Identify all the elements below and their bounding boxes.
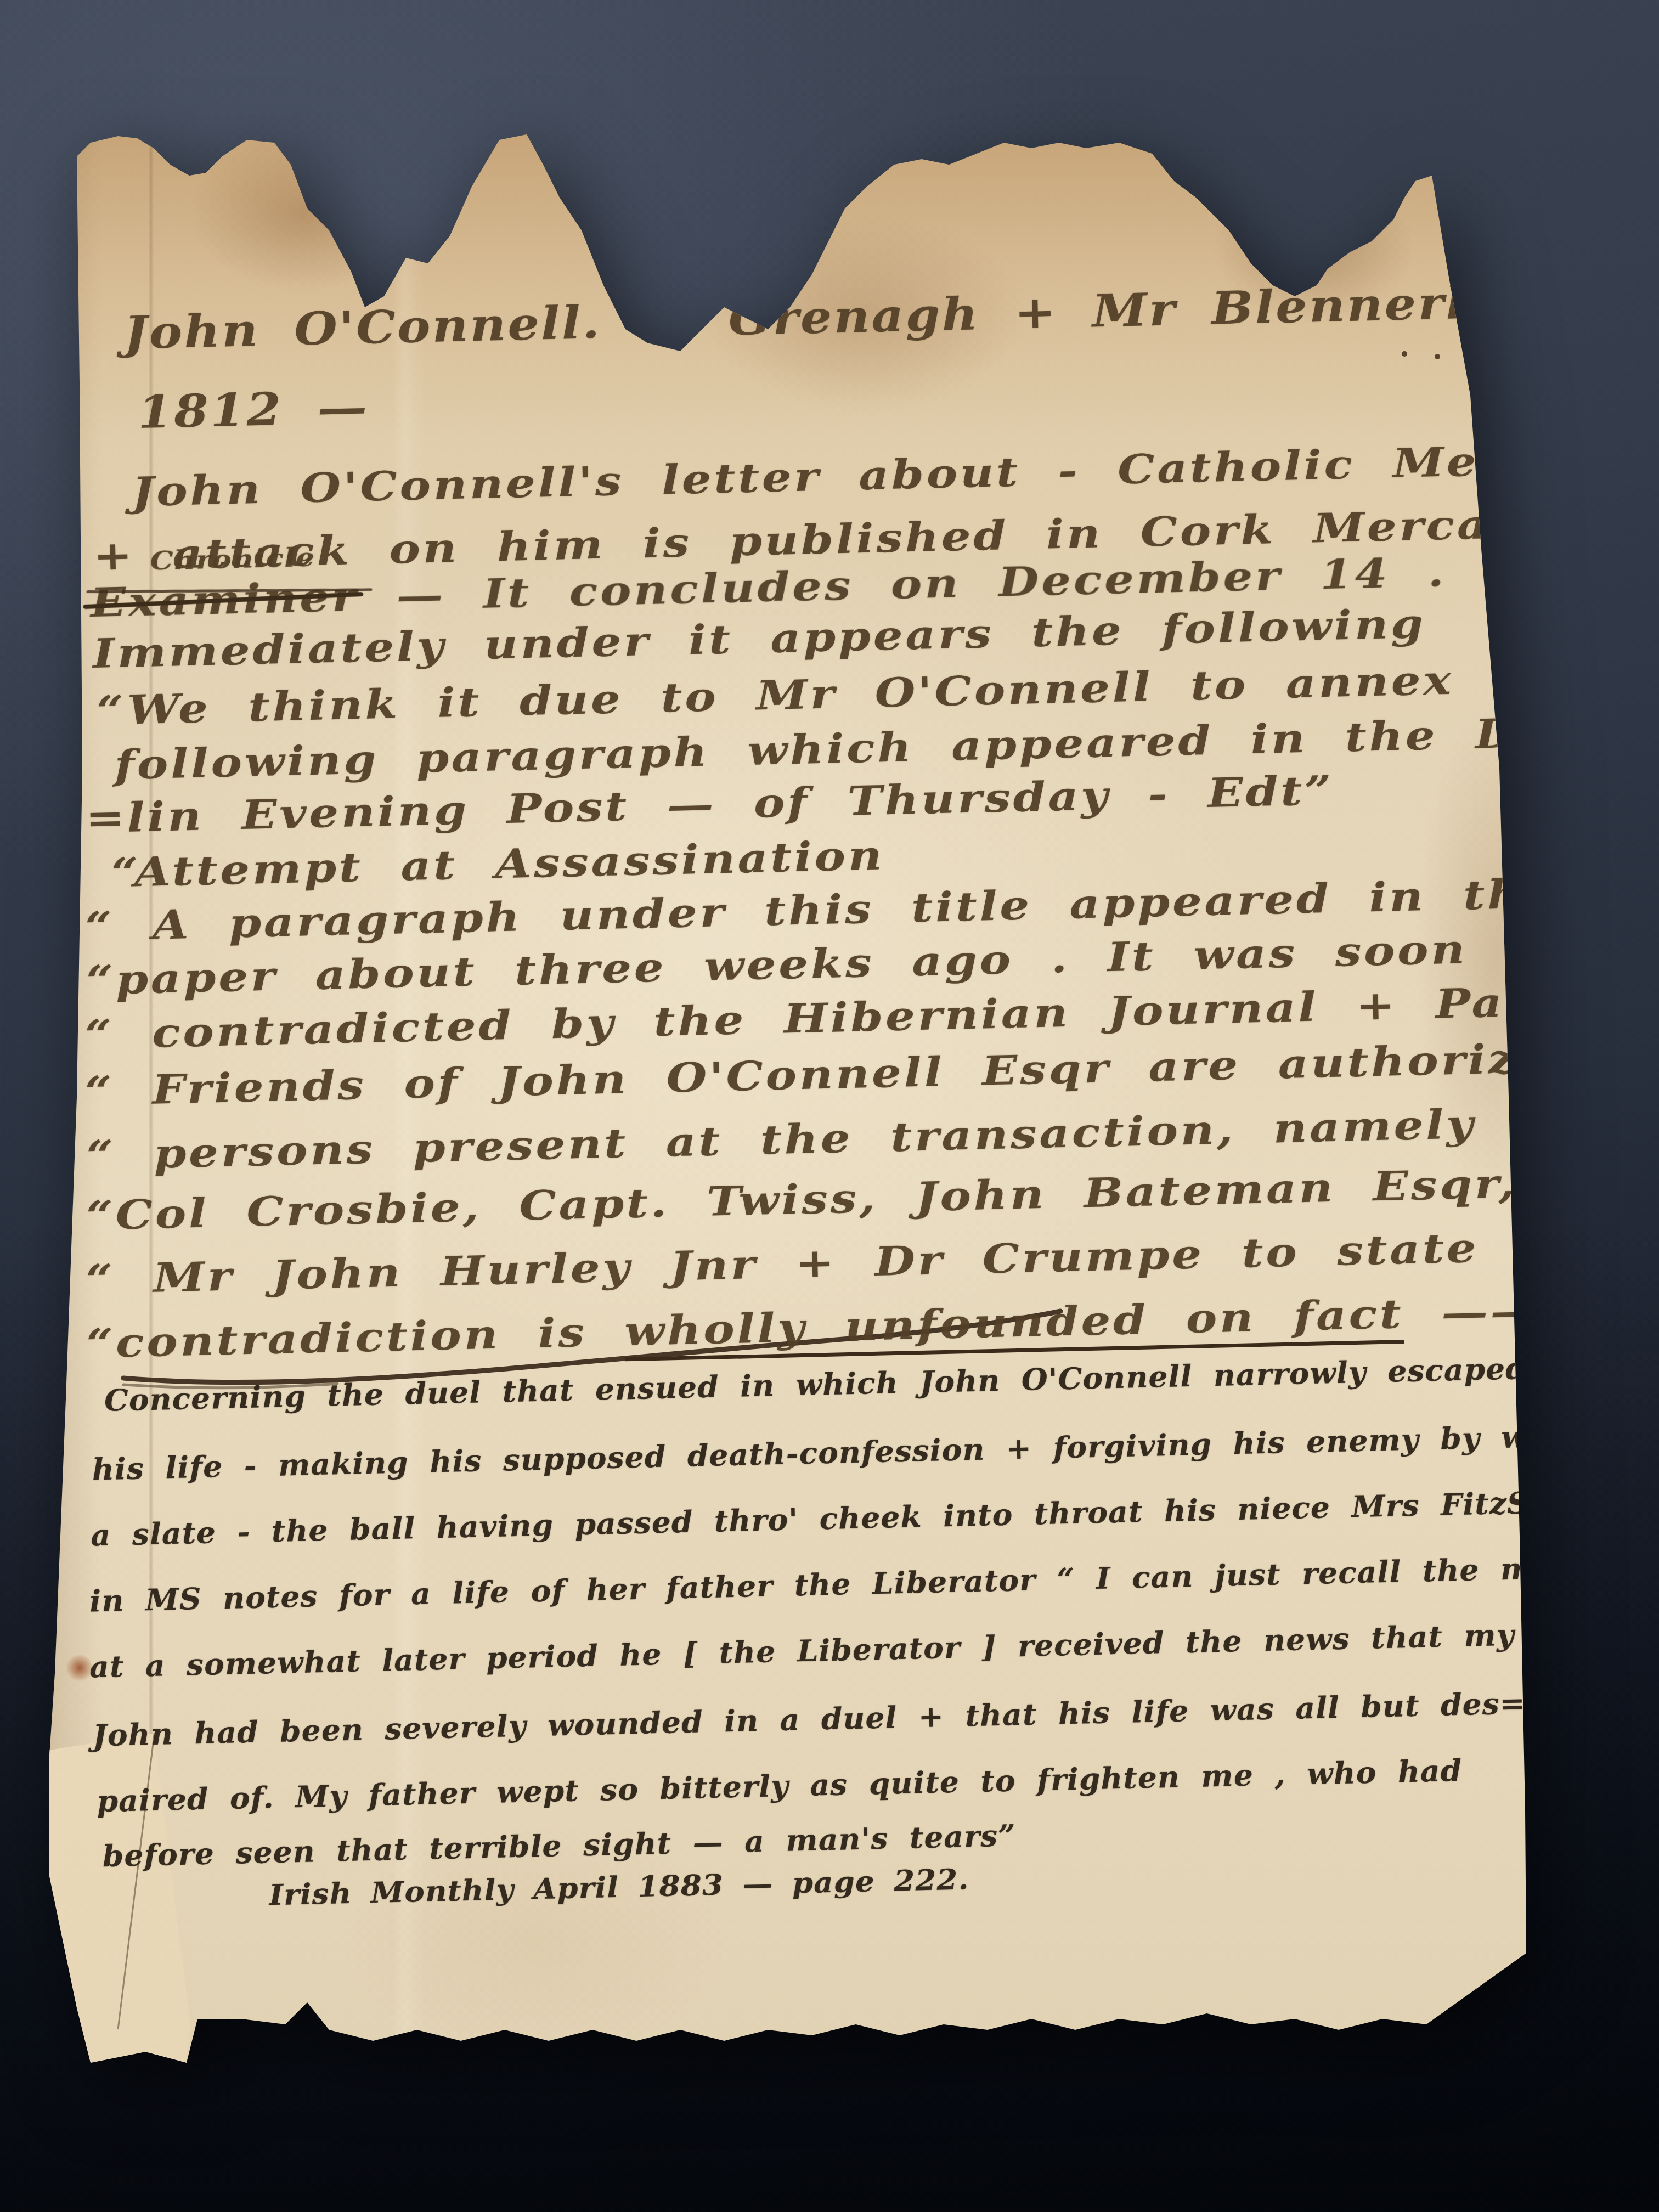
torn-manuscript-page: John O'Connell. of Grenagh + Mr Blennerh… (41, 132, 1531, 2068)
handwritten-line: “Attempt at Assassination (111, 832, 885, 896)
handwritten-line: in MS notes for a life of her father the… (89, 1544, 1659, 1619)
inserted-word: Chronicle (150, 543, 315, 576)
photo-of-manuscript: John O'Connell. of Grenagh + Mr Blennerh… (0, 0, 1659, 2212)
handwritten-line: John O'Connell. of Grenagh + Mr Blennerh… (123, 272, 1659, 359)
line-text: paired of. My father wept so bitterly as… (97, 1753, 1463, 1819)
line-text: Irish Monthly April 1883 — page 222. (269, 1863, 969, 1912)
paper-shadow: John O'Connell. of Grenagh + Mr Blennerh… (41, 132, 1531, 2068)
handwritten-line: a slate - the ball having passed thro' c… (91, 1480, 1659, 1553)
manuscript-text: John O'Connell. of Grenagh + Mr Blennerh… (37, 99, 1570, 2069)
line-text: a slate - the ball having passed thro' c… (91, 1480, 1659, 1553)
line-text: his life - making his supposed death-con… (92, 1415, 1659, 1487)
line-text: at a somewhat later period he [ the Libe… (89, 1615, 1636, 1685)
handwritten-line: Irish Monthly April 1883 — page 222. (269, 1863, 969, 1912)
handwritten-line: his life - making his supposed death-con… (92, 1415, 1659, 1487)
line-text: in MS notes for a life of her father the… (89, 1544, 1659, 1619)
underlined-phrase: wholly unfounded on fact (624, 1290, 1404, 1361)
line-text: John O'Connell. of Grenagh + Mr Blennerh… (123, 272, 1659, 359)
line-text: “contradiction is (86, 1308, 625, 1367)
line-text: “Attempt at Assassination (111, 832, 885, 896)
handwritten-line: John had been severely wounded in a duel… (92, 1685, 1526, 1753)
line-text: —— (1403, 1287, 1539, 1338)
handwritten-line: 1812 — (137, 381, 369, 439)
line-text: 1812 — (137, 381, 369, 439)
struck-out-word: Examiner (90, 573, 359, 627)
handwritten-line: paired of. My father wept so bitterly as… (97, 1753, 1463, 1819)
line-text: John had been severely wounded in a duel… (92, 1685, 1526, 1753)
handwritten-line: at a somewhat later period he [ the Libe… (89, 1615, 1636, 1685)
